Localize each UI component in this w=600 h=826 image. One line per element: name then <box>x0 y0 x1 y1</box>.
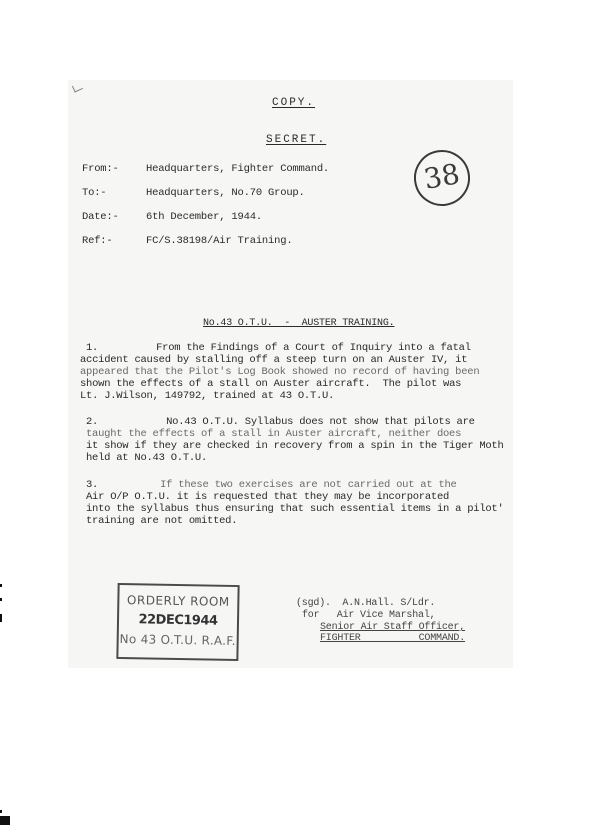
signature-line: for Air Vice Marshal, <box>302 610 435 622</box>
scan-edge-mark <box>0 816 10 825</box>
paragraph-line: No.43 O.T.U. Syllabus does not show that… <box>166 416 475 428</box>
paragraph-line: held at No.43 O.T.U. <box>86 453 506 465</box>
signature-line: FIGHTER COMMAND. <box>320 633 465 645</box>
from-label: From:- <box>82 163 119 175</box>
classification-label: SECRET. <box>266 134 326 146</box>
from-value: Headquarters, Fighter Command. <box>146 163 329 175</box>
to-value: Headquarters, No.70 Group. <box>146 187 305 199</box>
to-label: To:- <box>82 187 106 199</box>
signature-line: (sgd). A.N.Hall. S/Ldr. <box>296 598 435 610</box>
date-label: Date:- <box>82 211 119 223</box>
paragraph-line: training are not omitted. <box>86 516 506 528</box>
scan-edge-mark <box>0 584 2 587</box>
ref-value: FC/S.38198/Air Training. <box>146 235 292 247</box>
paragraph-line: Lt. J.Wilson, 149792, trained at 43 O.T.… <box>80 391 500 403</box>
document-title: COPY. <box>272 97 315 109</box>
subject-line: No.43 O.T.U. - AUSTER TRAINING. <box>203 318 394 330</box>
scan-edge-mark <box>0 598 2 601</box>
ref-label: Ref:- <box>82 235 113 247</box>
stamp-line-3: No 43 O.T.U. R.A.F. <box>119 632 237 648</box>
stamp-line-1: ORDERLY ROOM <box>119 593 237 609</box>
stamp-date: 22DEC1944 <box>119 612 237 629</box>
orderly-room-stamp: ORDERLY ROOM 22DEC1944 No 43 O.T.U. R.A.… <box>116 583 239 661</box>
paragraph-line: From the Findings of a Court of Inquiry … <box>156 342 471 354</box>
paragraph-number: 2. <box>86 416 98 428</box>
paragraph-number: 1. <box>86 342 98 354</box>
scan-edge-mark <box>0 810 2 813</box>
paragraph-number: 3. <box>86 479 98 491</box>
paragraph-line: If these two exercises are not carried o… <box>160 479 457 491</box>
signature-line: Senior Air Staff Officer, <box>320 622 465 634</box>
date-value: 6th December, 1944. <box>146 211 262 223</box>
scan-edge-mark <box>0 614 2 622</box>
